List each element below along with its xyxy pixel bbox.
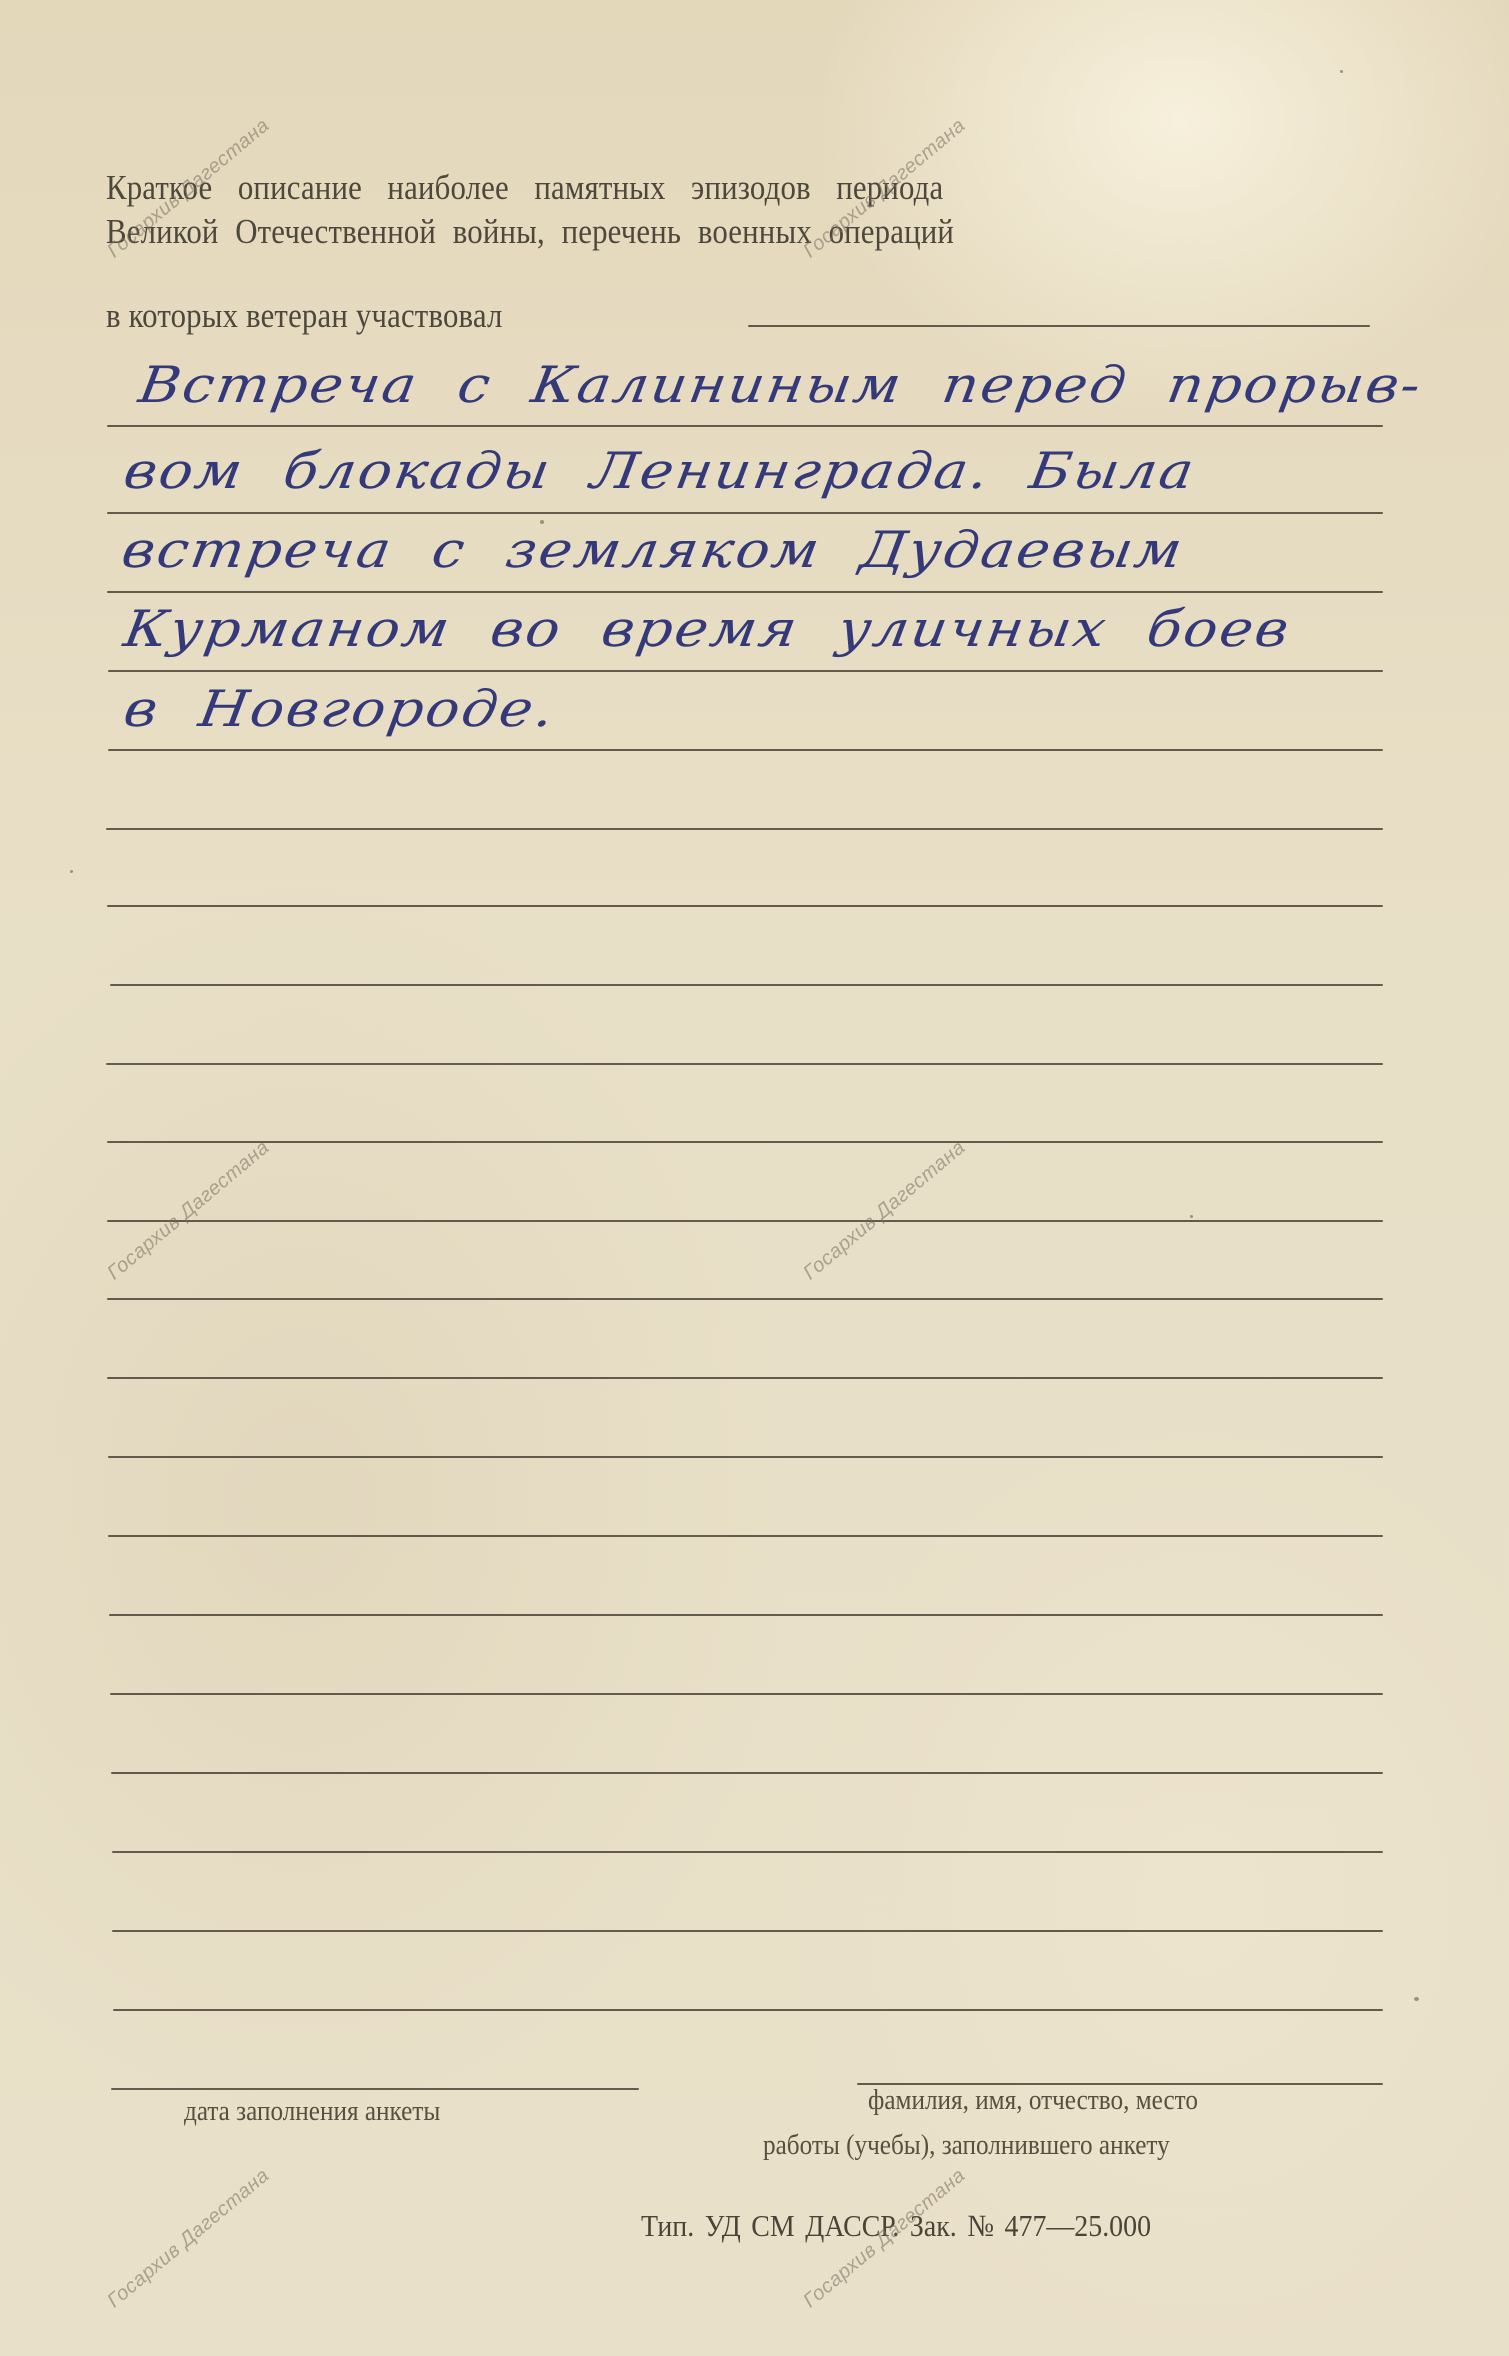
answer-rule bbox=[107, 425, 1383, 427]
archive-watermark: Госархив Дагестана bbox=[799, 1136, 970, 1285]
answer-rule bbox=[110, 984, 1383, 986]
date-caption: дата заполнения анкеты bbox=[184, 2096, 440, 2128]
answer-rule bbox=[107, 591, 1383, 593]
handwritten-line-2: вом блокады Ленинграда. Была bbox=[120, 442, 1200, 500]
paper-speck bbox=[70, 870, 73, 873]
paper-speck bbox=[1340, 70, 1343, 73]
filler-caption-line-1: фамилия, имя, отчество, место bbox=[868, 2085, 1198, 2117]
handwritten-line-4: Курманом во время уличных боев bbox=[120, 600, 1295, 658]
paper-speck bbox=[540, 520, 544, 524]
archival-form-page: Краткое описание наиболее памятных эпизо… bbox=[0, 0, 1509, 2356]
form-heading-line-3: в которых ветеран участвовал bbox=[106, 296, 503, 336]
answer-rule bbox=[107, 512, 1383, 514]
paper-speck bbox=[1190, 1215, 1193, 1218]
answer-rule bbox=[112, 1851, 1383, 1853]
answer-rule bbox=[107, 1141, 1383, 1143]
answer-rule bbox=[113, 2009, 1383, 2011]
answer-rule bbox=[108, 670, 1383, 672]
archive-watermark: Госархив Дагестана bbox=[103, 1136, 274, 1285]
answer-rule bbox=[109, 1614, 1383, 1616]
handwritten-line-5: в Новгороде. bbox=[120, 680, 560, 738]
archive-watermark: Госархив Дагестана bbox=[103, 2164, 274, 2313]
answer-rule bbox=[107, 905, 1383, 907]
answer-rule bbox=[108, 749, 1383, 751]
answer-rule bbox=[106, 1063, 1383, 1065]
filler-caption-line-2: работы (учебы), заполнившего анкету bbox=[763, 2130, 1170, 2162]
answer-rule bbox=[107, 1377, 1383, 1379]
answer-rule bbox=[110, 1693, 1383, 1695]
date-signature-rule bbox=[111, 2088, 639, 2090]
handwritten-line-1: Встреча с Калининым перед прорыв- bbox=[135, 356, 1427, 414]
answer-rule bbox=[112, 1930, 1383, 1932]
answer-rule bbox=[106, 828, 1383, 830]
answer-rule bbox=[111, 1772, 1383, 1774]
answer-rule bbox=[108, 1456, 1383, 1458]
answer-rule bbox=[108, 1535, 1383, 1537]
handwritten-line-3: встреча с земляком Дудаевым bbox=[118, 521, 1188, 579]
answer-rule bbox=[107, 1220, 1383, 1222]
answer-rule-inline bbox=[748, 325, 1370, 327]
answer-rule bbox=[107, 1298, 1383, 1300]
paper-speck bbox=[1414, 1997, 1419, 2001]
form-heading-line-1: Краткое описание наиболее памятных эпизо… bbox=[106, 168, 943, 208]
